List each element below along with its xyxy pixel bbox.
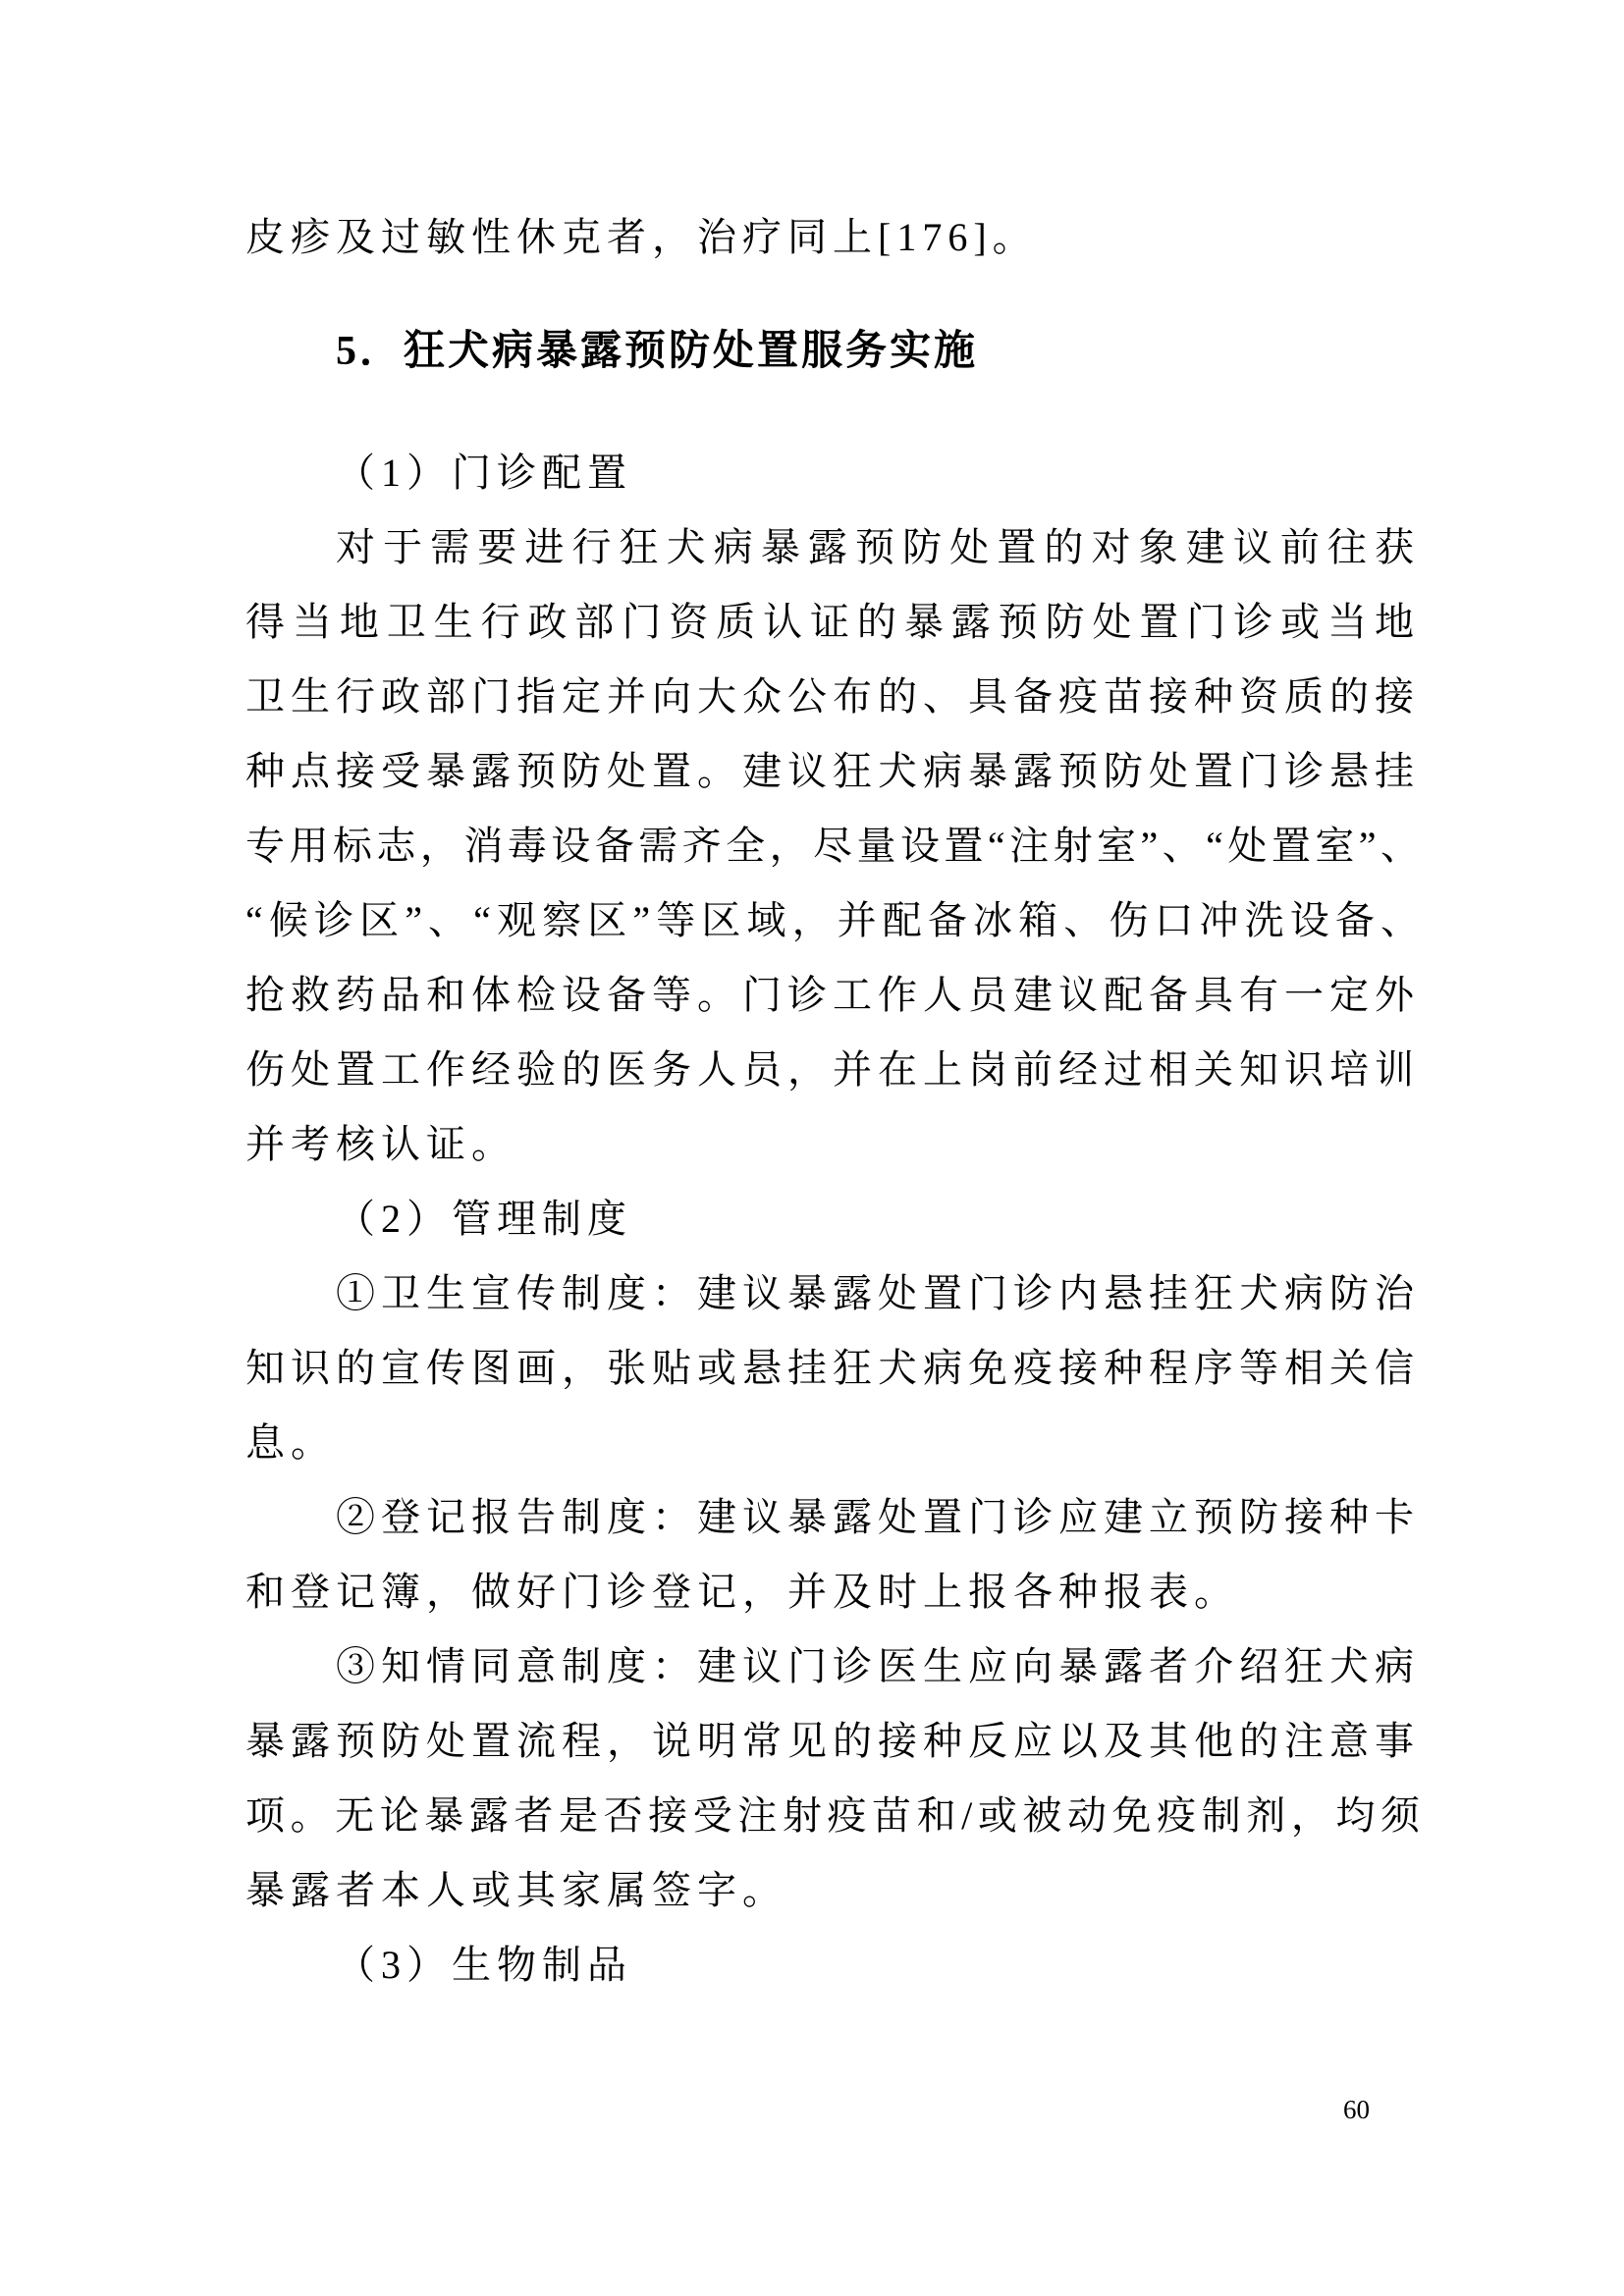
paragraph-line: 专用标志，消毒设备需齐全，尽量设置“注射室”、“处置室”、	[245, 809, 1420, 883]
paragraph-registration-report-system: ②登记报告制度：建议暴露处置门诊应建立预防接种卡 和登记簿，做好门诊登记，并及时…	[245, 1480, 1420, 1629]
page-number: 60	[1343, 2093, 1370, 2126]
paragraph-line: 项。无论暴露者是否接受注射疫苗和/或被动免疫制剂，均须	[245, 1779, 1420, 1853]
paragraph-line: 息。	[245, 1406, 1420, 1480]
paragraph-line: ③知情同意制度：建议门诊医生应向暴露者介绍狂犬病	[245, 1629, 1420, 1704]
paragraph-line: “候诊区”、“观察区”等区域，并配备冰箱、伤口冲洗设备、	[245, 883, 1420, 958]
paragraph-line: ②登记报告制度：建议暴露处置门诊应建立预防接种卡	[245, 1480, 1420, 1555]
paragraph-line: 卫生行政部门指定并向大众公布的、具备疫苗接种资质的接	[245, 660, 1420, 734]
paragraph-line: 暴露预防处置流程，说明常见的接种反应以及其他的注意事	[245, 1704, 1420, 1779]
document-text-block: 皮疹及过敏性休克者，治疗同上[176]。 5．狂犬病暴露预防处置服务实施 （1）…	[245, 200, 1420, 2002]
section-heading-5: 5．狂犬病暴露预防处置服务实施	[245, 314, 1420, 389]
sub-heading-2-management-system: （2）管理制度	[245, 1182, 1420, 1256]
paragraph-continuation-line: 皮疹及过敏性休克者，治疗同上[176]。	[245, 200, 1420, 275]
paragraph-line: 并考核认证。	[245, 1107, 1420, 1182]
paragraph-line: 得当地卫生行政部门资质认证的暴露预防处置门诊或当地	[245, 585, 1420, 660]
paragraph-health-publicity-system: ①卫生宣传制度：建议暴露处置门诊内悬挂狂犬病防治 知识的宣传图画，张贴或悬挂狂犬…	[245, 1256, 1420, 1480]
sub-heading-3-biological-products: （3）生物制品	[245, 1928, 1420, 2002]
paragraph-line: ①卫生宣传制度：建议暴露处置门诊内悬挂狂犬病防治	[245, 1256, 1420, 1331]
paragraph-line: 知识的宣传图画，张贴或悬挂狂犬病免疫接种程序等相关信	[245, 1331, 1420, 1406]
paragraph-line: 抢救药品和体检设备等。门诊工作人员建议配备具有一定外	[245, 958, 1420, 1033]
document-page: 皮疹及过敏性休克者，治疗同上[176]。 5．狂犬病暴露预防处置服务实施 （1）…	[0, 0, 1624, 2296]
paragraph-line: 对于需要进行狂犬病暴露预防处置的对象建议前往获	[245, 510, 1420, 585]
paragraph-line: 和登记簿，做好门诊登记，并及时上报各种报表。	[245, 1555, 1420, 1629]
paragraph-line: 种点接受暴露预防处置。建议狂犬病暴露预防处置门诊悬挂	[245, 734, 1420, 809]
sub-heading-1-clinic-configuration: （1）门诊配置	[245, 436, 1420, 510]
paragraph-clinic-configuration: 对于需要进行狂犬病暴露预防处置的对象建议前往获 得当地卫生行政部门资质认证的暴露…	[245, 510, 1420, 1182]
paragraph-informed-consent-system: ③知情同意制度：建议门诊医生应向暴露者介绍狂犬病 暴露预防处置流程，说明常见的接…	[245, 1629, 1420, 1928]
paragraph-line: 伤处置工作经验的医务人员，并在上岗前经过相关知识培训	[245, 1033, 1420, 1107]
paragraph-line: 暴露者本人或其家属签字。	[245, 1853, 1420, 1928]
